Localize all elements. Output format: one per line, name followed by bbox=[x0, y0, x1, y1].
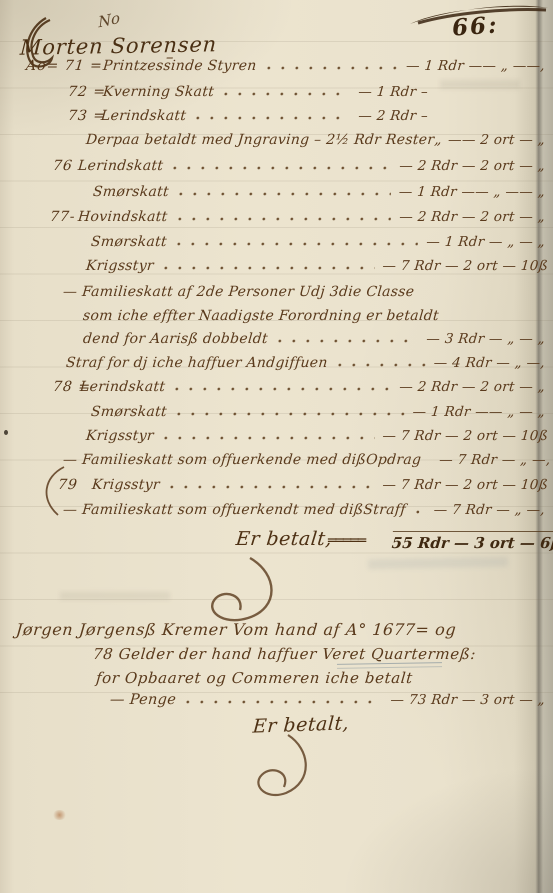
row-year: 76 bbox=[52, 158, 74, 174]
bleed-through-ghost bbox=[60, 592, 170, 600]
sum-double-dash: ═════ bbox=[328, 533, 365, 549]
row-label: Kverning Skatt bbox=[102, 84, 215, 100]
second-sum-flourish bbox=[240, 733, 320, 801]
ledger-row: — Familieskatt som offuerkende med dißOp… bbox=[62, 452, 545, 468]
row-leader-dots bbox=[337, 359, 426, 369]
row-label: Lerindskatt bbox=[79, 379, 166, 395]
row-leader-dots bbox=[163, 262, 374, 272]
row-amount: — 1 Rdr – bbox=[358, 84, 429, 100]
row-leader-dots bbox=[163, 432, 374, 442]
ledger-row: Hovindskatt— 2 Rdr — 2 ort — „ bbox=[77, 209, 545, 225]
page-number: 66: bbox=[451, 11, 499, 41]
row-leader-dots bbox=[176, 408, 405, 418]
row-amount: — 7 Rdr — „ —, bbox=[433, 502, 546, 518]
paper-stain bbox=[52, 810, 67, 820]
row-leader-dots bbox=[277, 335, 418, 345]
row-amount: — 1 Rdr —— „ ——, bbox=[405, 58, 545, 74]
row-leader-dots bbox=[177, 213, 392, 223]
bleed-through-ghost bbox=[368, 557, 508, 569]
ledger-row: — Familieskatt som offuerkendt med dißSt… bbox=[62, 502, 545, 518]
row-label: Krigsstyr bbox=[91, 477, 160, 493]
row-label: Derpaa betaldt med Jngraving – 2½ Rdr Re… bbox=[85, 132, 442, 148]
row-label: — Familieskatt som offuerkendt med dißSt… bbox=[62, 502, 406, 518]
bleed-through-ghost bbox=[440, 80, 520, 89]
row-label: Krigsstyr bbox=[85, 258, 154, 274]
row-leader-dots bbox=[169, 481, 374, 491]
row-leader-dots bbox=[431, 456, 432, 466]
sum-paid-label: Er betalt, bbox=[235, 528, 333, 550]
row-amount: — 3 Rdr — „ — „ bbox=[426, 331, 546, 347]
row-label: dend for Aarisß dobbeldt bbox=[82, 331, 268, 347]
row-year: 79 bbox=[57, 477, 79, 493]
ledger-row: dend for Aarisß dobbeldt— 3 Rdr — „ — „ bbox=[82, 331, 545, 347]
ledger-row: Derpaa betaldt med Jngraving – 2½ Rdr Re… bbox=[85, 132, 545, 148]
row-amount: — 73 Rdr — 3 ort — „ bbox=[390, 692, 546, 708]
row-label: — Penge bbox=[109, 692, 177, 708]
ledger-row: — Familieskatt af 2de Personer Udj 3die … bbox=[62, 284, 430, 300]
ledger-row: Krigsstyr— 7 Rdr — 2 ort — 10ß bbox=[85, 258, 548, 274]
second-sum-paid-label: Er betalt, bbox=[252, 712, 350, 737]
ledger-row: Printzessinde Styren— 1 Rdr —— „ ——, bbox=[102, 58, 545, 74]
row-label: — Familieskatt af 2de Personer Udj 3die … bbox=[62, 284, 415, 300]
row-leader-dots bbox=[196, 112, 351, 122]
row-year: Ao= 71 = bbox=[25, 58, 103, 74]
row-amount: — 1 Rdr —— „ — „ bbox=[412, 404, 546, 420]
row-label: Printzessinde Styren bbox=[102, 58, 257, 74]
row-label: Lerindskatt bbox=[100, 108, 187, 124]
ledger-row: Kverning Skatt— 1 Rdr – bbox=[102, 84, 428, 100]
sum-flourish bbox=[182, 556, 292, 628]
account-text-line: 78 Gelder der hand haffuer Veret Quarter… bbox=[92, 645, 477, 663]
row-year: 72 = bbox=[67, 84, 107, 100]
ledger-row: Lerindskatt— 2 Rdr — 2 ort — „ bbox=[79, 379, 545, 395]
row-leader-dots bbox=[175, 383, 392, 393]
row-label: Smørskatt bbox=[92, 184, 169, 200]
row-label: Lerindskatt bbox=[77, 158, 164, 174]
account-text-line: for Opbaaret og Commeren iche betalt bbox=[95, 669, 413, 687]
ledger-row: Krigsstyr— 7 Rdr — 2 ort — 10ß bbox=[85, 428, 548, 444]
row-label: Hovindskatt bbox=[77, 209, 168, 225]
ledger-row: Lerindskatt— 2 Rdr – bbox=[100, 108, 428, 124]
quartermaster-underline bbox=[337, 662, 442, 669]
row-label: Krigsstyr bbox=[85, 428, 154, 444]
manuscript-page: 66: No Morten Sorensen – Ao= 71 =Printze… bbox=[0, 0, 553, 893]
row-amount: — 7 Rdr — „ —, bbox=[439, 452, 552, 468]
ledger-row: Smørskatt— 1 Rdr — „ — „ bbox=[90, 234, 545, 250]
row-label: Smørskatt bbox=[90, 234, 167, 250]
row-year: 77- bbox=[49, 209, 76, 225]
ledger-row: — Penge— 73 Rdr — 3 ort — „ bbox=[109, 692, 545, 708]
ledger-row: Smørskatt— 1 Rdr —— „ —— „ bbox=[92, 184, 545, 200]
header-flourish-mark: No bbox=[98, 9, 121, 32]
row-leader-dots bbox=[224, 88, 351, 98]
row-amount: — 7 Rdr — 2 ort — 10ß bbox=[382, 428, 549, 444]
row-leader-dots bbox=[266, 62, 398, 72]
row-amount: —— 2 ort — „ bbox=[447, 132, 545, 148]
ledger-row: Straf for dj iche haffuer Andgiffuen— 4 … bbox=[65, 355, 545, 371]
sum-total-amount: 55 Rdr — 3 ort — 6ß bbox=[391, 531, 553, 552]
row-amount: — 7 Rdr — 2 ort — 10ß bbox=[382, 477, 549, 493]
row-amount: — 2 Rdr — 2 ort — „ bbox=[399, 158, 546, 174]
ledger-row: Lerindskatt— 2 Rdr — 2 ort — „ bbox=[77, 158, 545, 174]
row-leader-dots bbox=[176, 238, 418, 248]
row-amount: — 1 Rdr —— „ —— „ bbox=[398, 184, 546, 200]
ledger-row: Smørskatt— 1 Rdr —— „ — „ bbox=[90, 404, 545, 420]
row-leader-dots bbox=[173, 162, 392, 172]
row-label: Straf for dj iche haffuer Andgiffuen bbox=[65, 355, 328, 371]
row-amount: — 4 Rdr — „ —, bbox=[433, 355, 546, 371]
account-holder-name: Morten Sorensen bbox=[19, 32, 217, 59]
row-label: Smørskatt bbox=[90, 404, 167, 420]
row-leader-dots bbox=[178, 188, 391, 198]
ink-speck bbox=[4, 430, 8, 435]
row-amount: — 7 Rdr — 2 ort — 10ß bbox=[382, 258, 549, 274]
row-leader-dots bbox=[415, 506, 426, 516]
row-amount: — 1 Rdr — „ — „ bbox=[426, 234, 546, 250]
row-label: — Familieskatt som offuerkende med dißOp… bbox=[62, 452, 422, 468]
ledger-row: som iche effter Naadigste Forordning er … bbox=[82, 308, 440, 324]
account-text-line: Jørgen Jørgensß Kremer Vom hand af A° 16… bbox=[15, 620, 457, 639]
ledger-row: Krigsstyr— 7 Rdr — 2 ort — 10ß bbox=[91, 477, 548, 493]
row-label: som iche effter Naadigste Forordning er … bbox=[82, 308, 439, 324]
row-amount: — 2 Rdr – bbox=[358, 108, 429, 124]
row-amount: — 2 Rdr — 2 ort — „ bbox=[399, 379, 546, 395]
row-leader-dots bbox=[186, 696, 383, 706]
row-amount: — 2 Rdr — 2 ort — „ bbox=[399, 209, 546, 225]
